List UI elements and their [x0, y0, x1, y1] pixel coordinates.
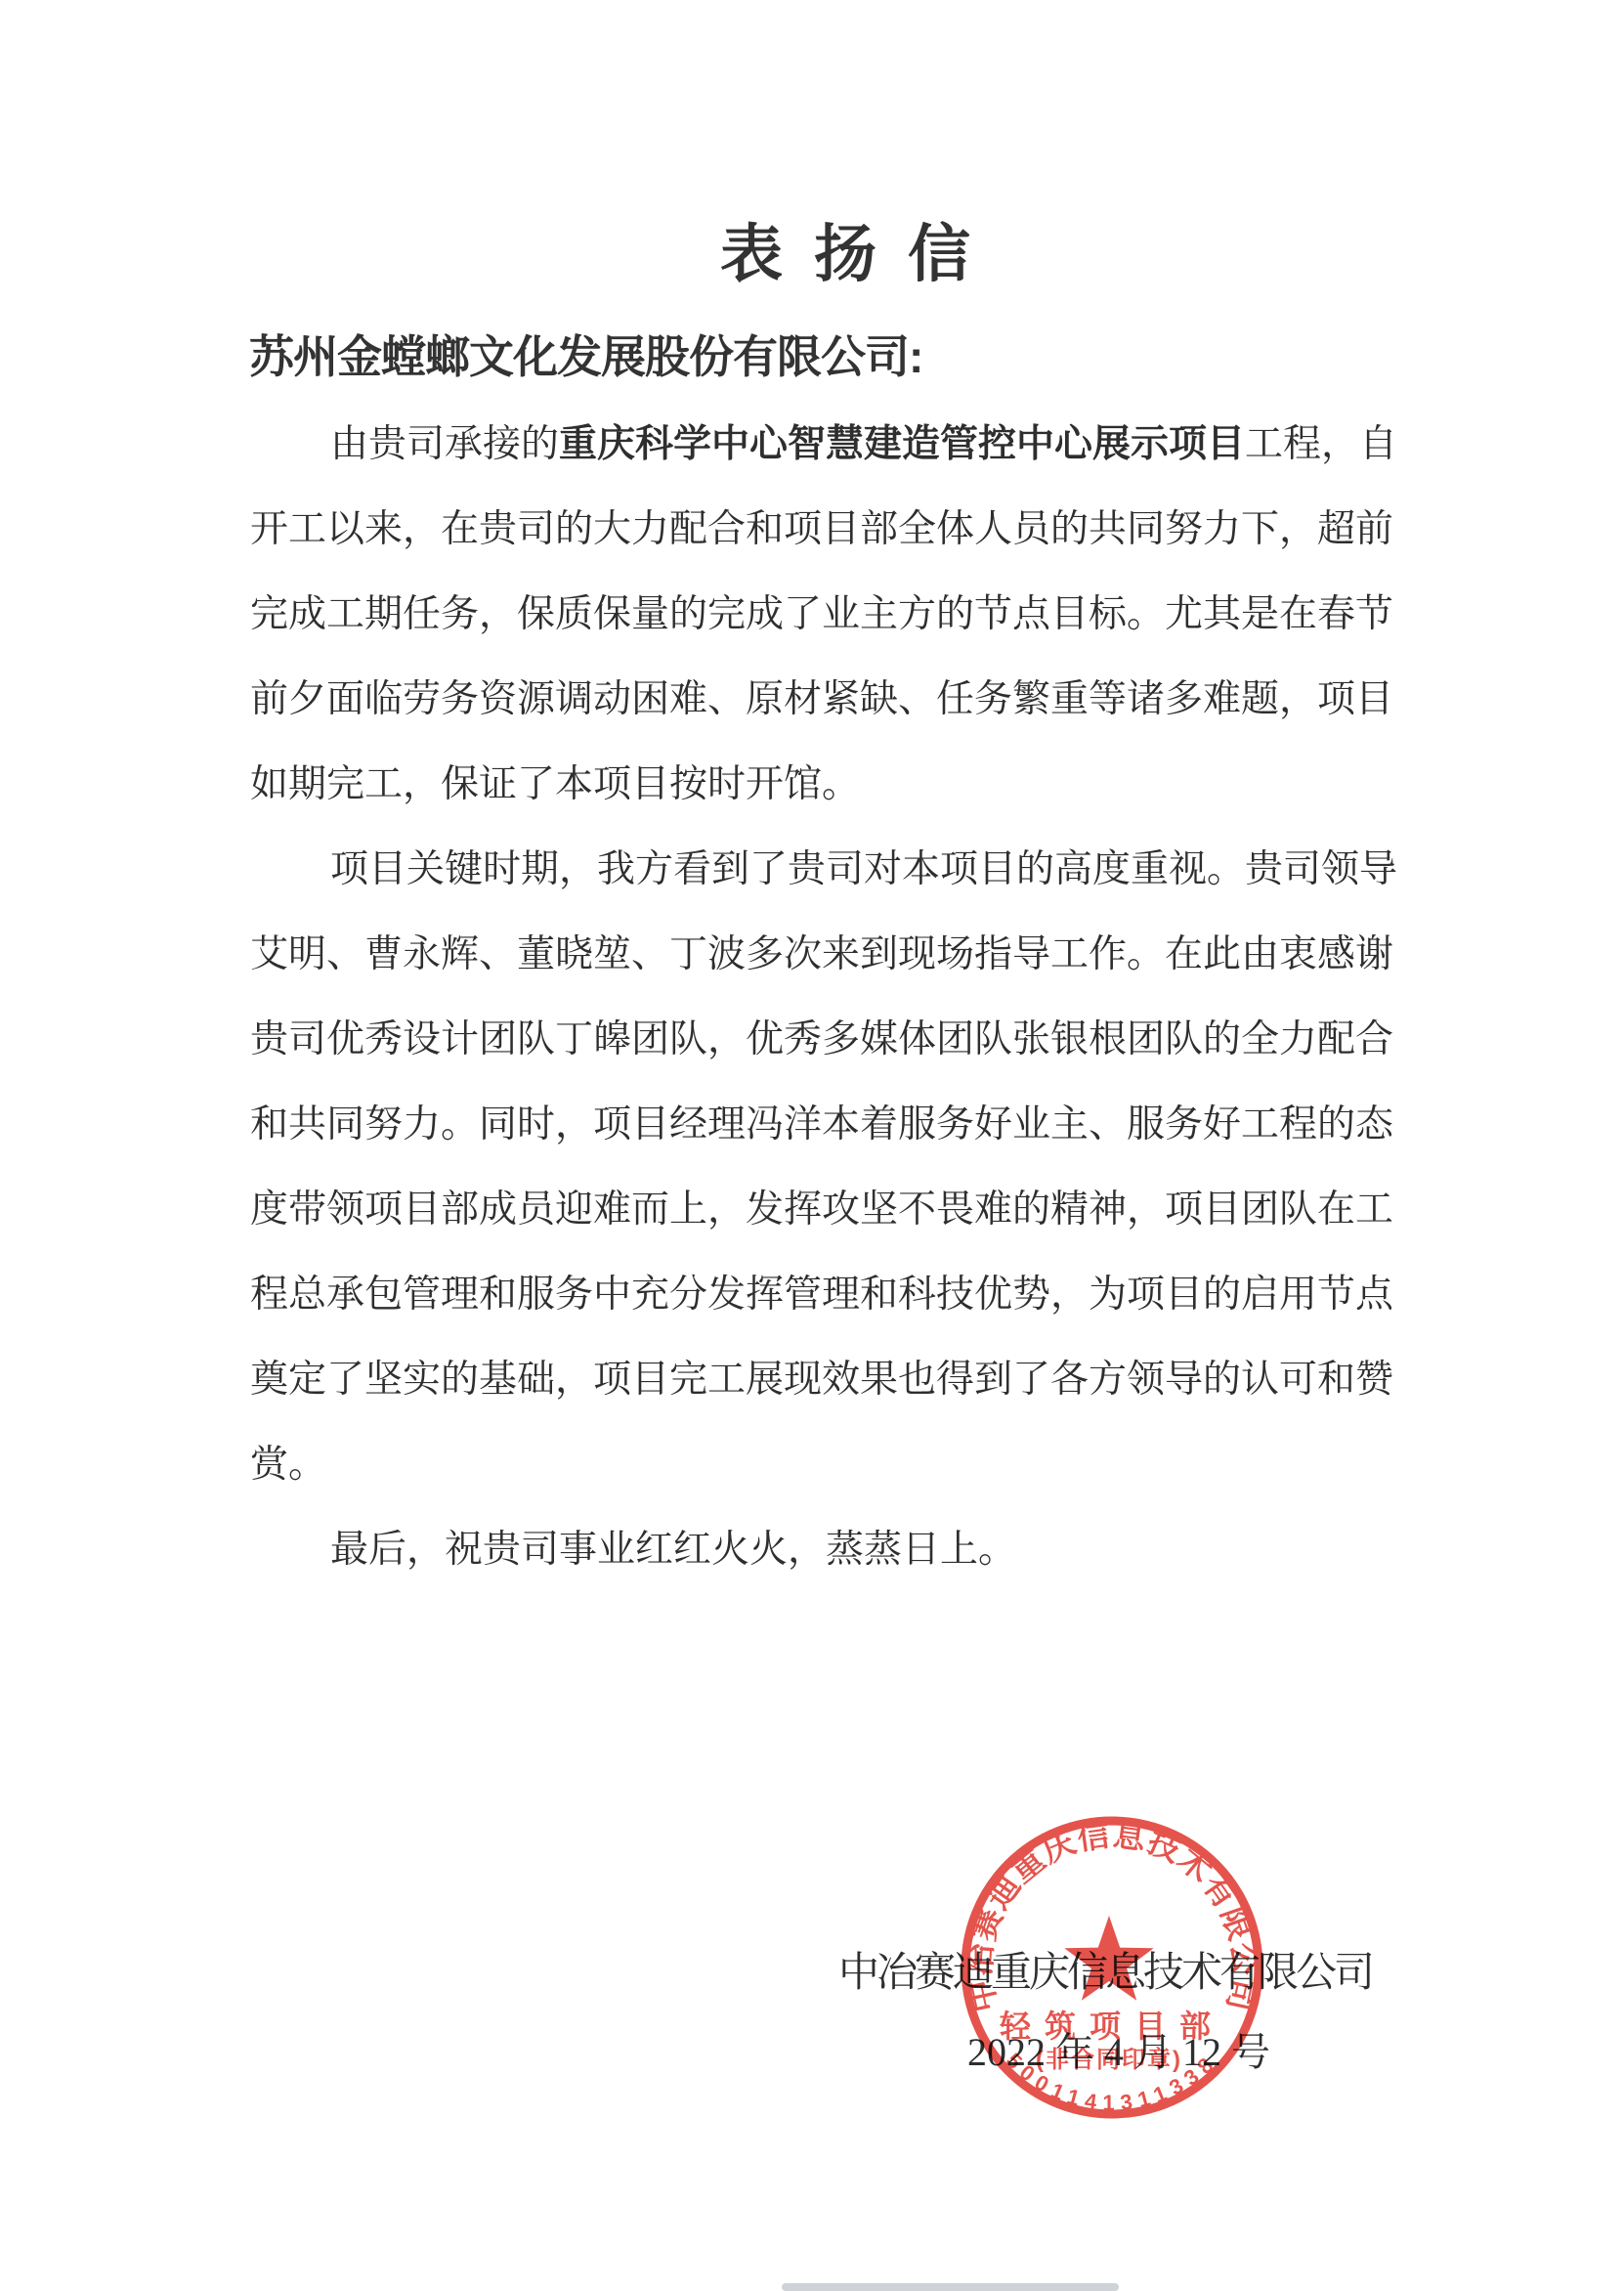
scan-edge-artifact: [782, 2283, 1119, 2291]
para2-line2: 艾明、曹永辉、董晓堃、丁波多次来到现场指导工作。在此由衷感谢: [250, 935, 1393, 973]
para2-line7: 奠定了坚实的基础，项目完工展现效果也得到了各方领导的认可和赞: [250, 1361, 1393, 1399]
para2-line6: 程总承包管理和服务中充分发挥管理和科技优势，为项目的启用节点: [250, 1275, 1393, 1314]
stamp-department-text: 轻筑项目部: [999, 2009, 1224, 2044]
company-stamp: 中冶赛迪重庆信息技术有限公司 轻筑项目部 (非合同印章) 50011413113…: [928, 1784, 1300, 2155]
para1-line1-post: 工程，自: [1245, 423, 1397, 465]
para2-line8: 赏。: [250, 1446, 326, 1484]
project-name-bold: 重庆科学中心智慧建造管控中心展示项目: [559, 423, 1245, 465]
para2-line4: 和共同努力。同时，项目经理冯洋本着服务好业主、服务好工程的态: [250, 1105, 1393, 1144]
commendation-letter-page: 表扬信 苏州金螳螂文化发展股份有限公司: 由贵司承接的重庆科学中心智慧建造管控中…: [0, 0, 1624, 2291]
stamp-company-arc-text: 中冶赛迪重庆信息技术有限公司: [961, 1816, 1263, 2015]
para1-line3: 完成工期任务，保质保量的完成了业主方的节点目标。尤其是在春节: [250, 595, 1393, 633]
para1-line1-pre: 由贵司承接的: [330, 423, 559, 465]
para1-line4: 前夕面临劳务资源调动困难、原材紧缺、任务繁重等诸多难题，项目: [250, 680, 1393, 718]
para1-line5: 如期完工，保证了本项目按时开馆。: [250, 765, 860, 803]
salutation-line: 苏州金螳螂文化发展股份有限公司:: [249, 334, 922, 379]
para2-line1: 项目关键时期，我方看到了贵司对本项目的高度重视。贵司领导: [330, 850, 1397, 888]
para3-line1: 最后，祝贵司事业红红火火，蒸蒸日上。: [330, 1531, 1016, 1569]
letter-title: 表扬信: [720, 223, 1002, 285]
stamp-note-text: (非合同印章): [1036, 2046, 1182, 2073]
stamp-star-icon: [1064, 1916, 1153, 2001]
para1-line1: 由贵司承接的重庆科学中心智慧建造管控中心展示项目工程，自: [330, 425, 1397, 463]
para2-line5: 度带领项目部成员迎难而上，发挥攻坚不畏难的精神，项目团队在工: [250, 1190, 1393, 1229]
para2-line3: 贵司优秀设计团队丁皞团队，优秀多媒体团队张银根团队的全力配合: [250, 1020, 1393, 1059]
para1-line2: 开工以来，在贵司的大力配合和项目部全体人员的共同努力下，超前: [250, 510, 1393, 548]
